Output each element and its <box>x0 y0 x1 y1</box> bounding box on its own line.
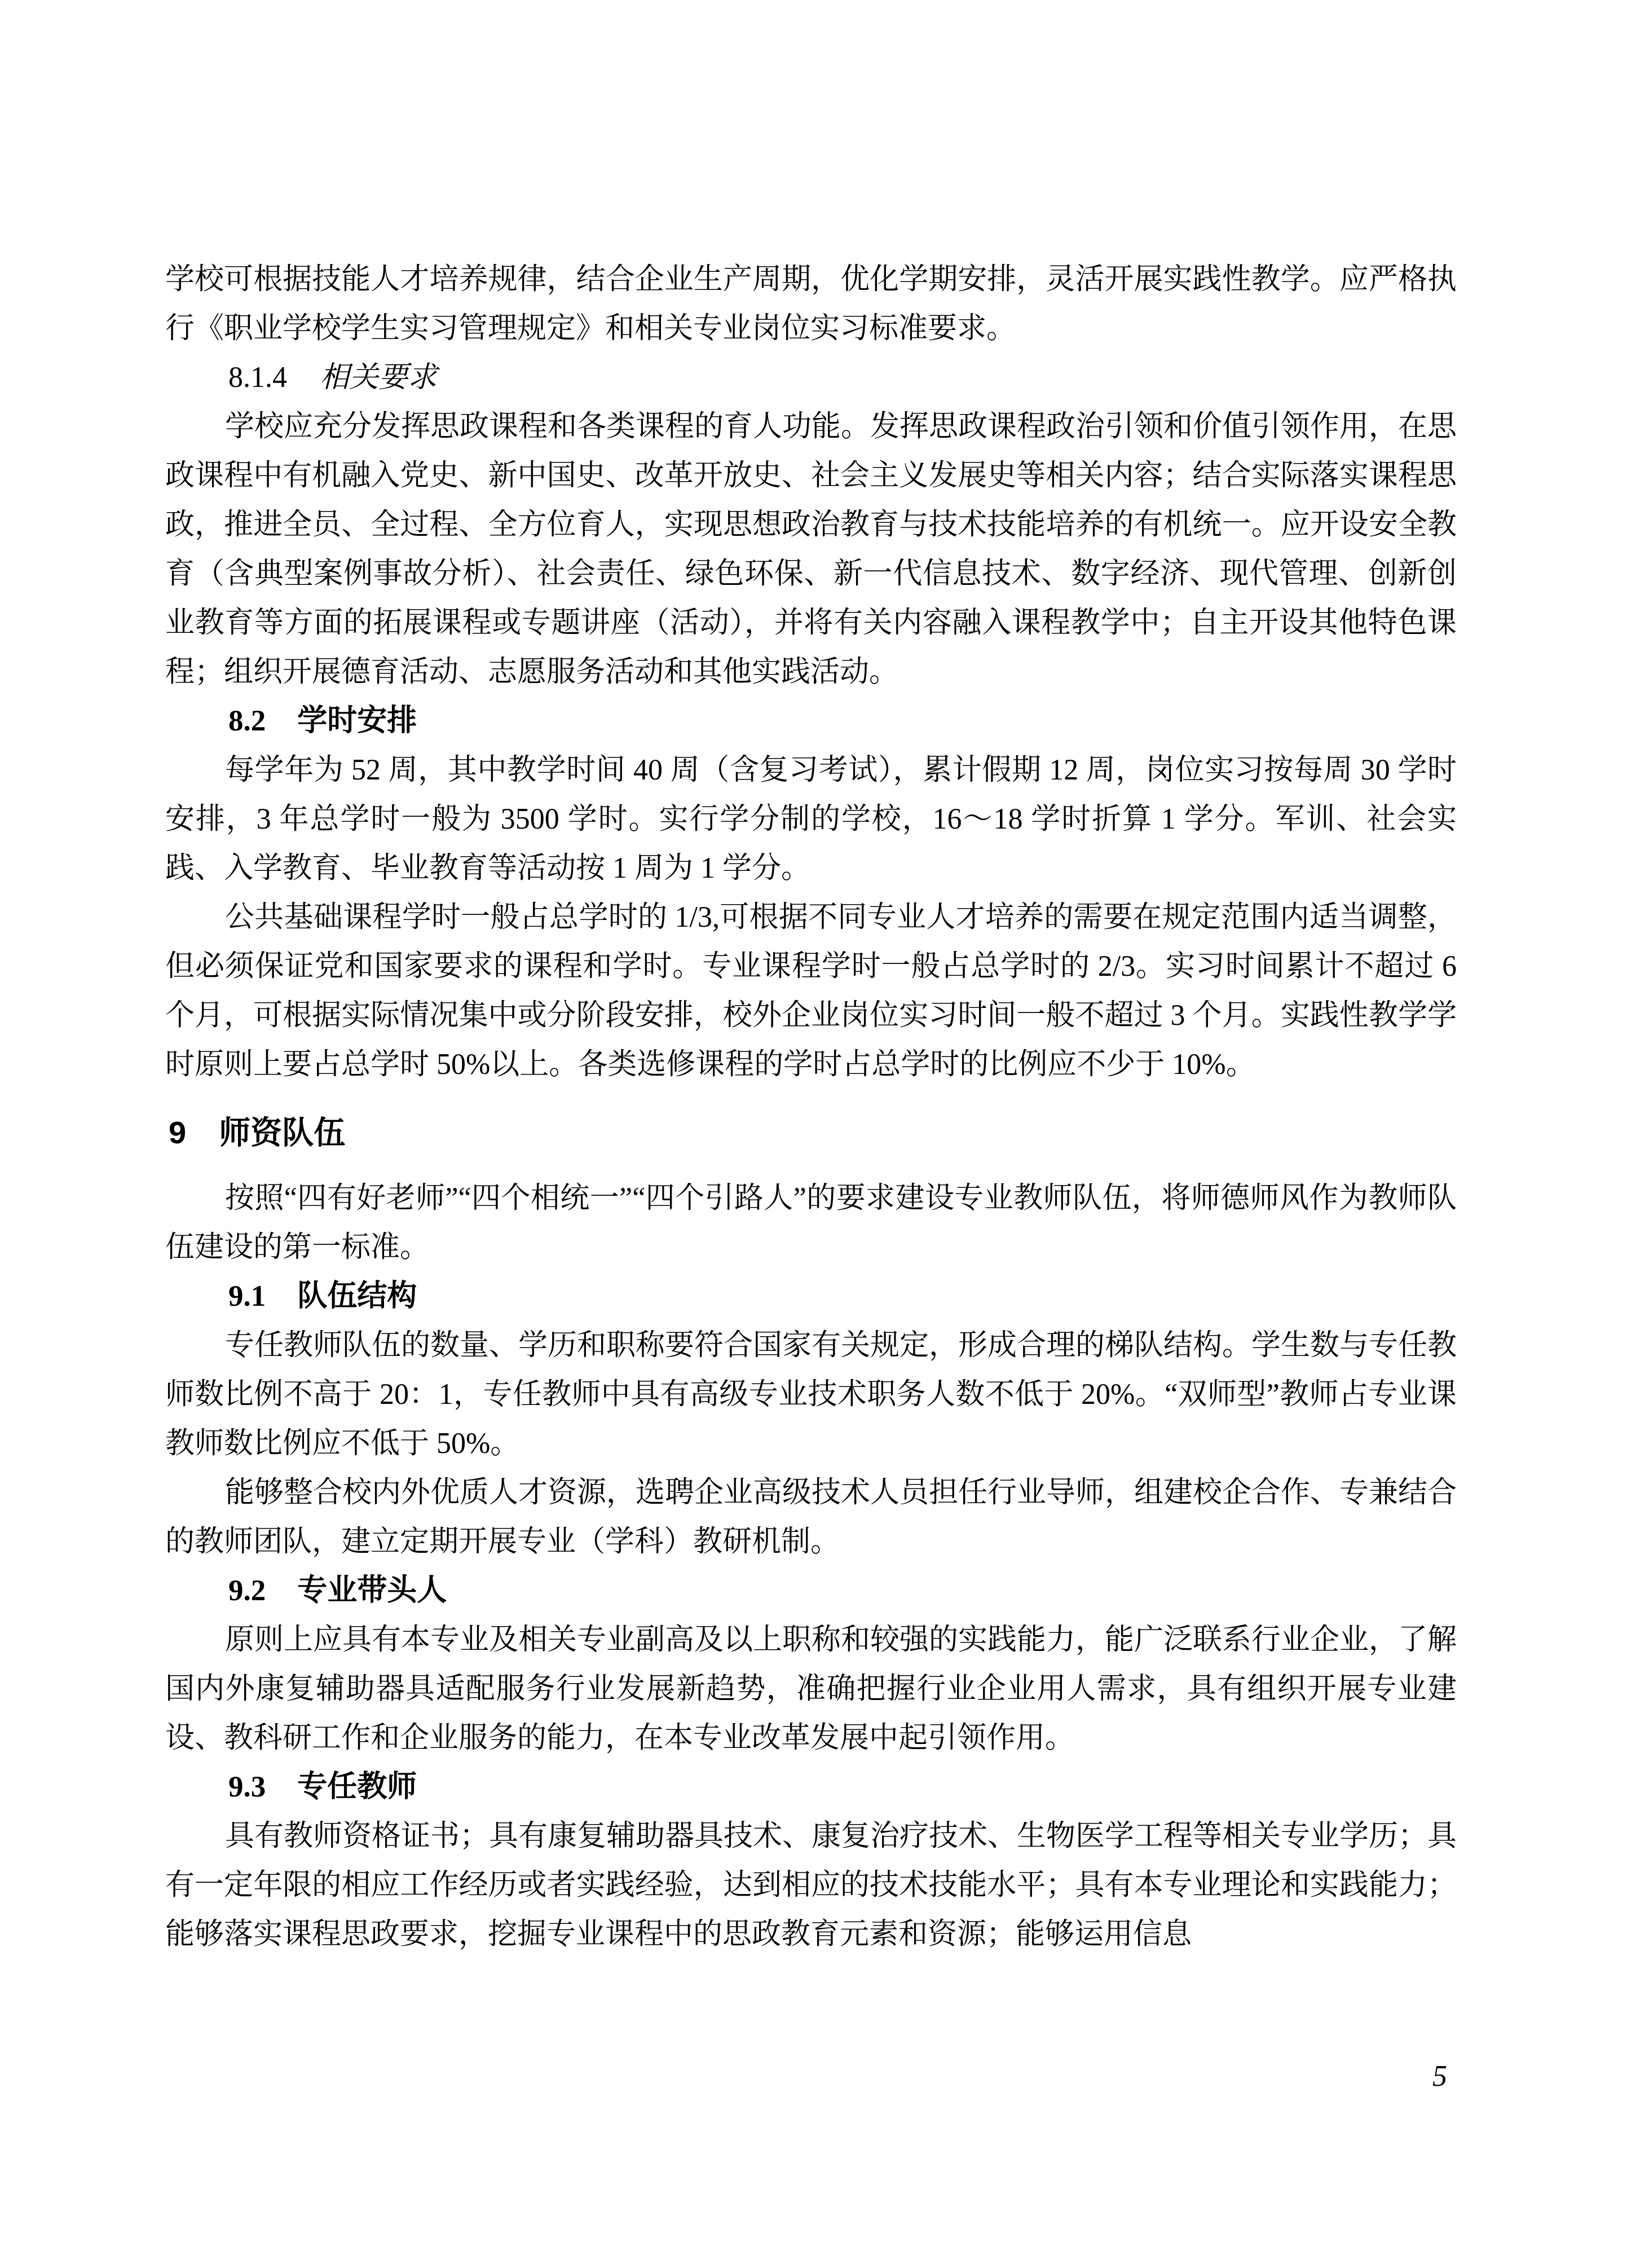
heading-9-faculty: 9师资队伍 <box>165 1107 1457 1158</box>
heading-number: 8.2 <box>228 704 266 737</box>
paragraph-practice-teaching: 学校可根据技能人才培养规律，结合企业生产周期，优化学期安排，灵活开展实践性教学。… <box>165 255 1457 353</box>
heading-8-2: 8.2学时安排 <box>165 697 1457 746</box>
heading-number: 9.1 <box>228 1280 266 1313</box>
paragraph-school-hours-1: 每学年为 52 周，其中教学时间 40 周（含复习考试），累计假期 12 周，岗… <box>165 746 1457 893</box>
heading-8-1-4: 8.1.4相关要求 <box>165 353 1457 402</box>
heading-title: 相关要求 <box>320 362 437 394</box>
heading-9-2: 9.2专业带头人 <box>165 1566 1457 1615</box>
heading-title: 专任教师 <box>297 1771 417 1803</box>
heading-title: 师资队伍 <box>219 1115 345 1150</box>
document-page: 学校可根据技能人才培养规律，结合企业生产周期，优化学期安排，灵活开展实践性教学。… <box>0 0 1627 2268</box>
heading-9-1: 9.1队伍结构 <box>165 1272 1457 1321</box>
paragraph-school-hours-2: 公共基础课程学时一般占总学时的 1/3,可根据不同专业人才培养的需要在规定范围内… <box>165 893 1457 1089</box>
heading-number: 8.1.4 <box>228 362 287 394</box>
paragraph-ideology-education: 学校应充分发挥思政课程和各类课程的育人功能。发挥思政课程政治引领和价值引领作用，… <box>165 402 1457 697</box>
heading-title: 学时安排 <box>297 704 417 737</box>
heading-title: 专业带头人 <box>297 1574 447 1607</box>
heading-number: 9.2 <box>228 1574 266 1607</box>
paragraph-team-structure-1: 专任教师队伍的数量、学历和职称要符合国家有关规定，形成合理的梯队结构。学生数与专… <box>165 1321 1457 1468</box>
paragraph-program-leader: 原则上应具有本专业及相关专业副高及以上职称和较强的实践能力，能广泛联系行业企业，… <box>165 1615 1457 1763</box>
heading-number: 9 <box>169 1115 186 1150</box>
heading-title: 队伍结构 <box>297 1280 417 1313</box>
paragraph-teachers-intro: 按照“四有好老师”“四个相统一”“四个引路人”的要求建设专业教师队伍，将师德师风… <box>165 1174 1457 1272</box>
heading-number: 9.3 <box>228 1771 266 1803</box>
paragraph-team-structure-2: 能够整合校内外优质人才资源，选聘企业高级技术人员担任行业导师，组建校企合作、专兼… <box>165 1468 1457 1566</box>
page-number: 5 <box>1432 2060 1447 2094</box>
heading-9-3: 9.3专任教师 <box>165 1763 1457 1812</box>
paragraph-fulltime-teacher: 具有教师资格证书；具有康复辅助器具技术、康复治疗技术、生物医学工程等相关专业学历… <box>165 1812 1457 1959</box>
page-body: 学校可根据技能人才培养规律，结合企业生产周期，优化学期安排，灵活开展实践性教学。… <box>165 255 1457 1959</box>
